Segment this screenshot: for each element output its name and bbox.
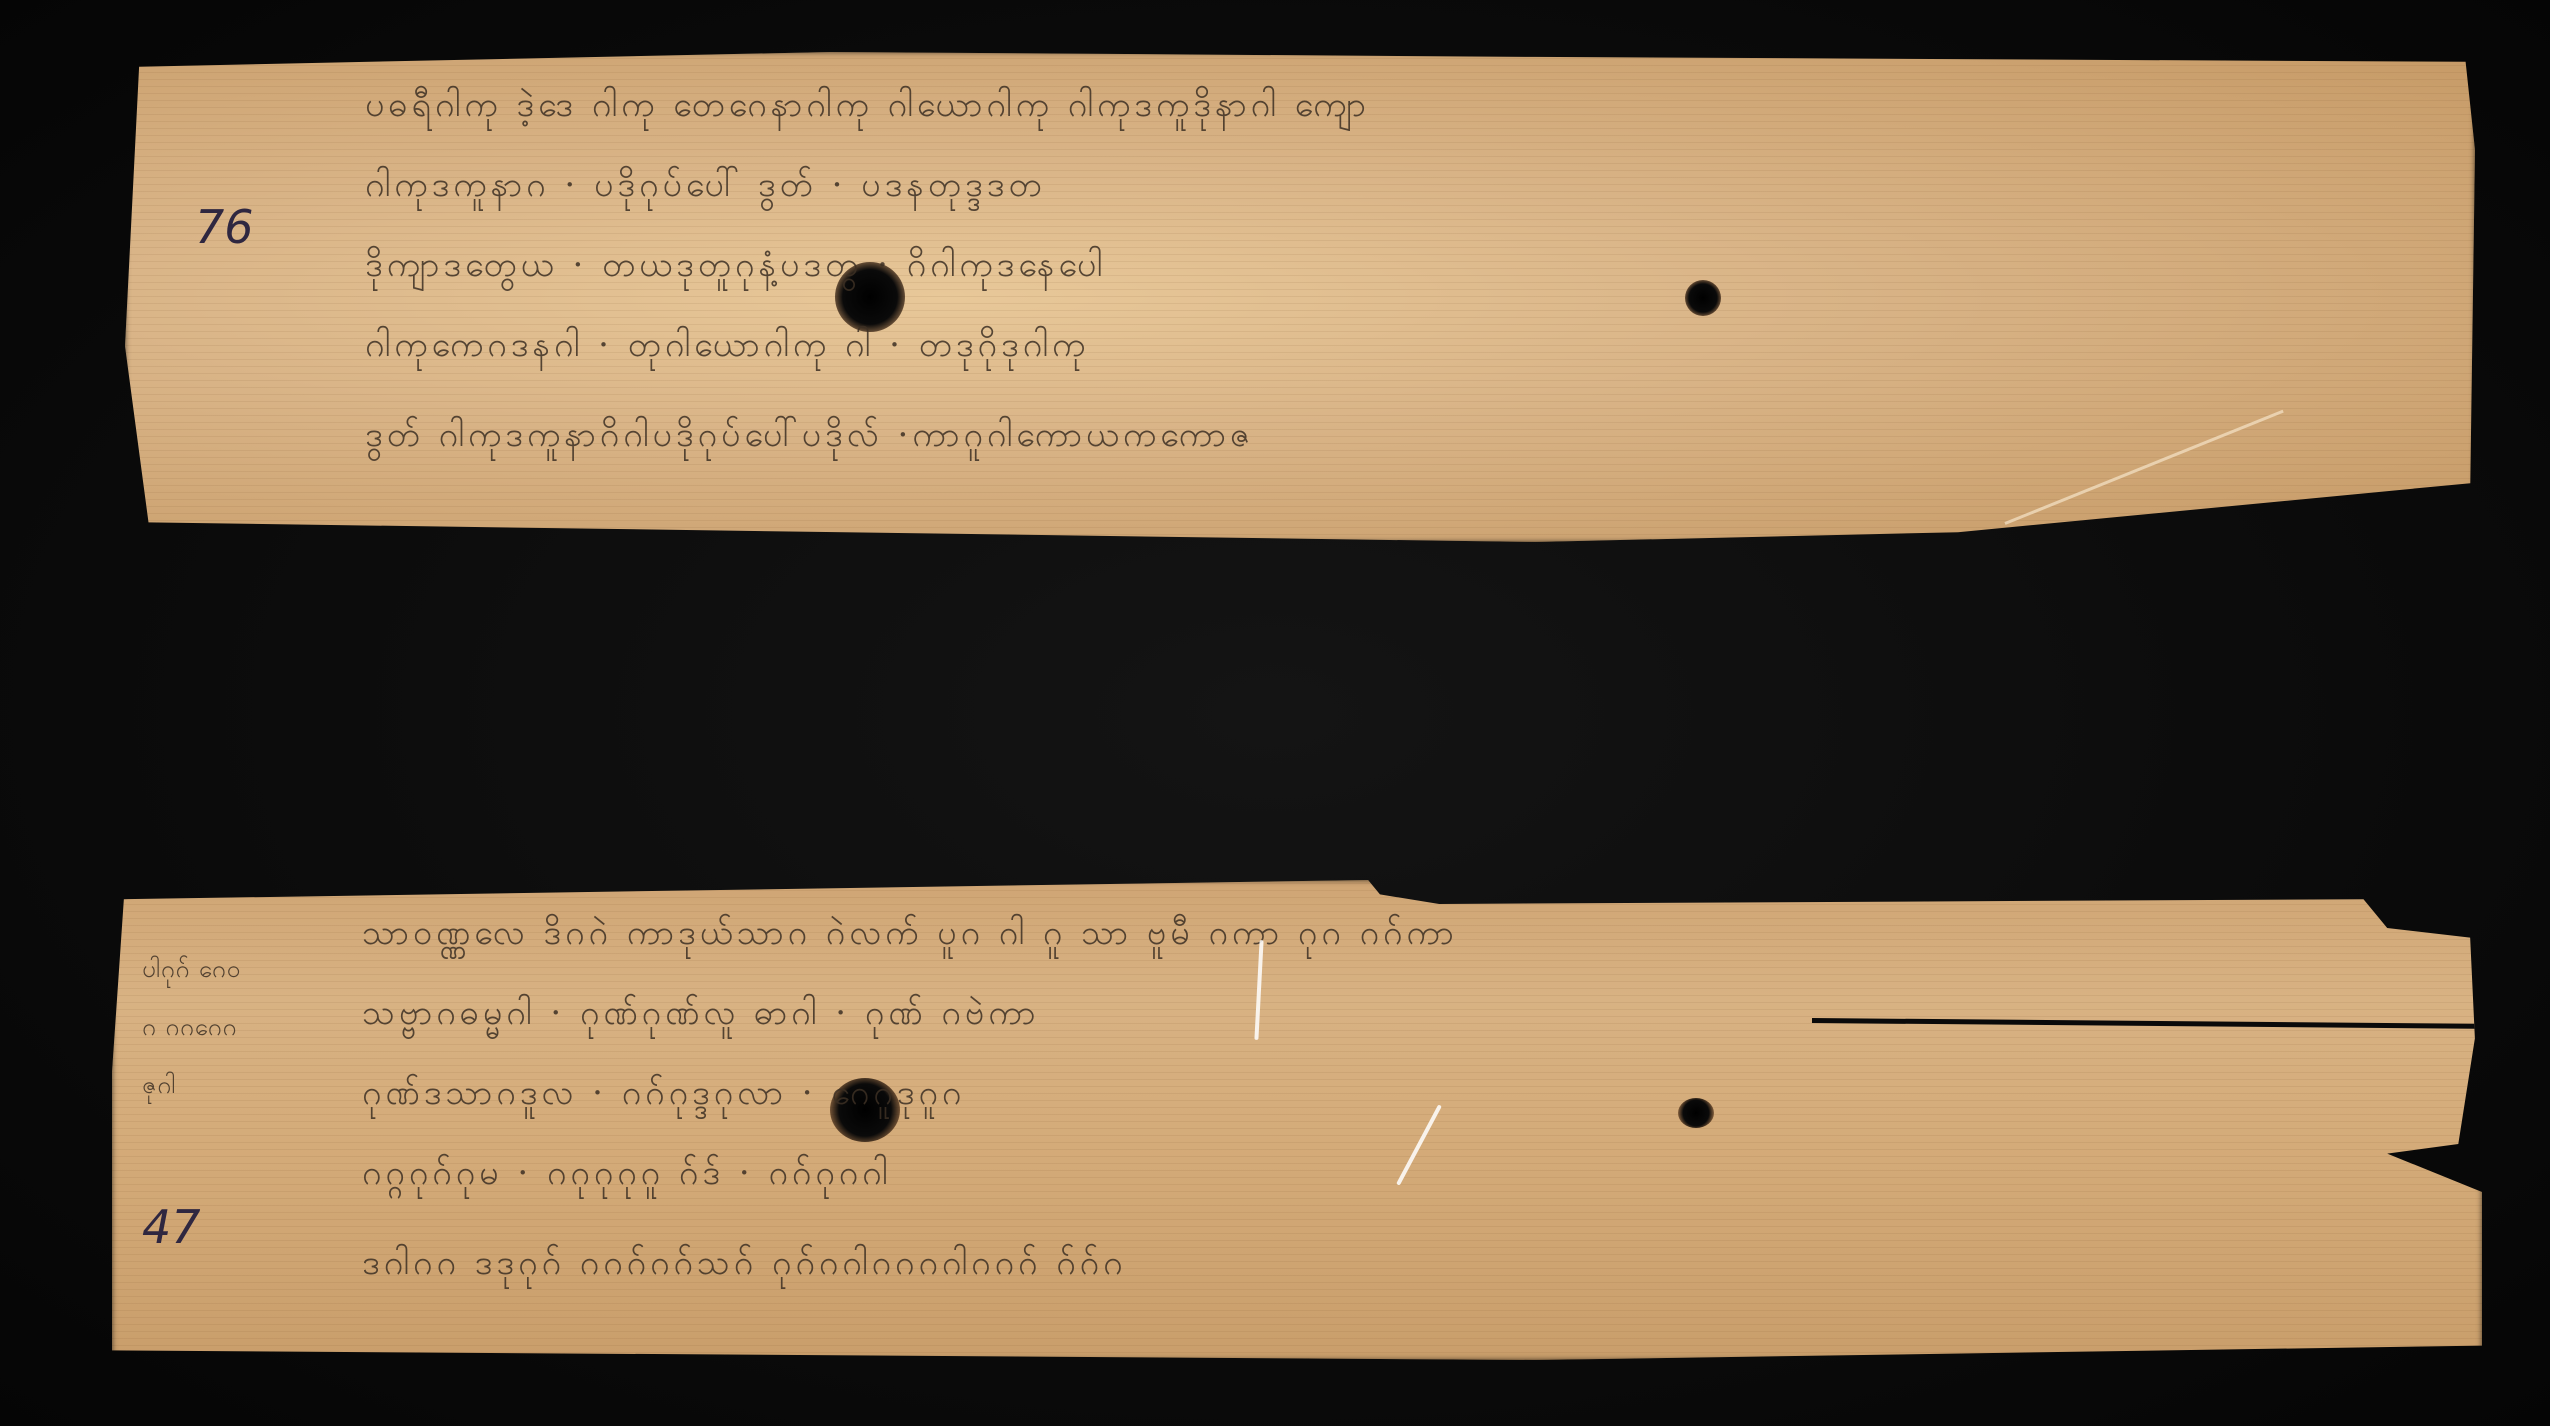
- script-line: ဒွတ် ဂါကုဒကူနာဂိဂါပဒိုဂုပ်ပေါ်ပဒိုလ် ·ကာ…: [365, 412, 1254, 463]
- script-line: ဒိုကျာဒတွေယ · တယဒုတူဂုနံ့ပဒတွ · ဂိဂါကုဒန…: [365, 242, 1106, 293]
- palm-leaf-bottom: ပါဂုဂ် ဂေဝဂ ဂဂဂေဂ ဇုဂါ 47 သာဝဏ္ဏလေ ဒိဂဂဲ…: [112, 880, 2482, 1360]
- binding-hole-right: [1685, 280, 1721, 316]
- script-line: ဂါကုဒကူနာဂ · ပဒိုဂုပ်ပေါ် ဒွတ် · ပဒနတုဒ္…: [365, 162, 1046, 213]
- folio-number: 76: [195, 200, 254, 254]
- binding-hole-right: [1678, 1098, 1714, 1128]
- script-line: ဒဂါဂဂ ဒဒုဂုဂ် ဂဂဂ်ဂဂ်သဂ် ဂုဂ်ဂဂါဂဂဂဂါဂဂဂ…: [362, 1240, 1127, 1291]
- script-line: သာဝဏ္ဏလေ ဒိဂဂဲ ကာဒုယ်သာဂ ဂဲလက် ပူဂ ဂါ ဂူ…: [362, 910, 1458, 961]
- leaf-tear: [2004, 410, 2283, 525]
- margin-note: ပါဂုဂ် ဂေဝဂ ဂဂဂေဂ ဇုဂါ: [142, 940, 252, 1114]
- script-line: ဂုဏ်ဒသာဂဒူလ · ဂဂ်ဂုဒ္ဒဂုလာ · ဂေဂူဒုဂူဂ: [362, 1070, 965, 1121]
- script-line: ပဓရီဂါကု ဒဲ့ဒေ ဂါကု တေဂေနာဂါကု ဂါယောဂါကု…: [365, 82, 1370, 133]
- leaf-crack: [1812, 1018, 2492, 1029]
- script-line: သဗ္ဗာဂဓမ္မဂါ · ဂုဏ်ဂုဏ်လူ ဓာဂါ · ဂုဏ် ဂဗ…: [362, 990, 1039, 1041]
- folio-number: 47: [142, 1200, 201, 1254]
- script-line: ဂဂ္ဂဂုဂ်ဂုမ · ဂဂုဂုဂုဂူ ဂ်ဒ် · ဂဂ်ဂုဂဂါ: [362, 1150, 891, 1201]
- script-line: ဂါကုကေဂဒနဂါ · တုဂါယောဂါကု ဂါ · တဒုဂိုဒုဂ…: [365, 322, 1089, 373]
- reflective-scratch: [1396, 1104, 1442, 1185]
- palm-leaf-top: 76 ပဓရီဂါကု ဒဲ့ဒေ ဂါကု တေဂေနာဂါကု ဂါယောဂ…: [125, 52, 2475, 542]
